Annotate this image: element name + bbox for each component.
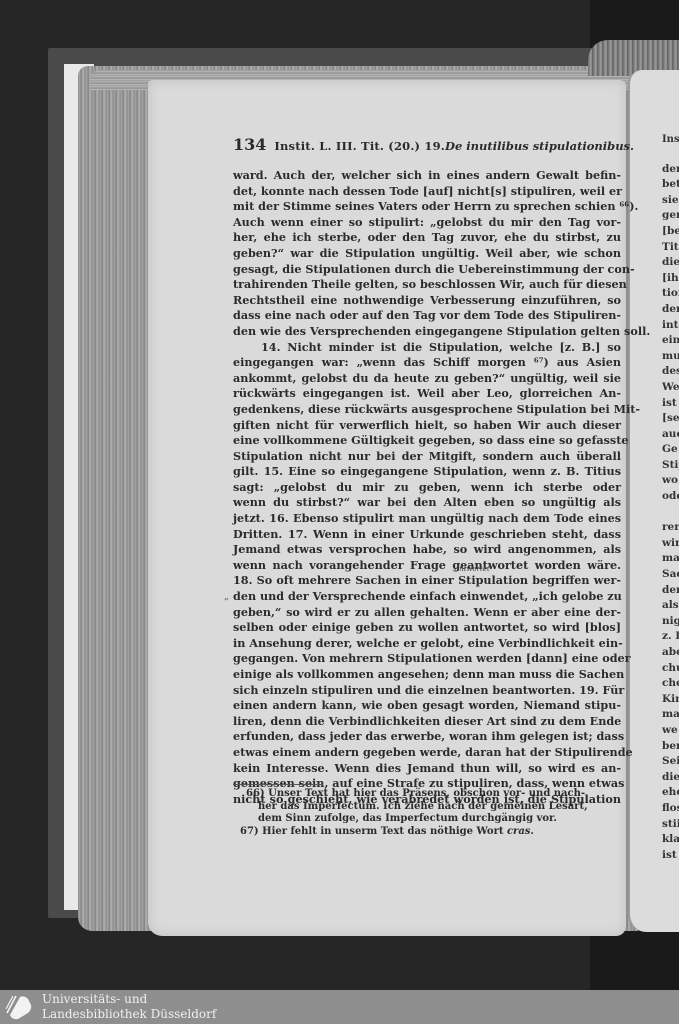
facing-text-line: die	[662, 770, 679, 786]
text-line: in Ansehung derer, welche er gelobt, ein…	[233, 636, 621, 652]
facing-text-line: auc	[662, 427, 679, 443]
text-line: gesagt, die Stipulationen durch die Uebe…	[233, 262, 621, 278]
text-line: erfunden, dass jeder das erwerbe, woran …	[233, 729, 621, 745]
facing-text-line: ode	[662, 489, 679, 505]
text-line: jetzt. 16. Ebenso stipulirt man ungültig…	[233, 511, 621, 527]
facing-text-line: die	[662, 255, 679, 271]
library-logo-icon	[4, 993, 34, 1021]
facing-text-line: [be	[662, 224, 679, 240]
facing-text-line: eine	[662, 333, 679, 349]
facing-text-line: abe	[662, 645, 679, 661]
facing-text-line	[662, 505, 679, 521]
footnote-66-line-1: 66) Unser Text hat hier das Präsens, obs…	[246, 788, 622, 801]
facing-text-line: ehe	[662, 785, 679, 801]
footnote-67-italic: cras.	[507, 826, 534, 837]
text-line: Rechtstheil eine nothwendige Verbesserun…	[233, 293, 621, 309]
facing-text-line: wir	[662, 536, 679, 552]
text-line: Jemand etwas versprochen habe, so wird a…	[233, 542, 621, 558]
facing-text-line: der	[662, 302, 679, 318]
text-line: 14. Nicht minder ist die Stipulation, we…	[233, 340, 621, 356]
facing-text-line: Stip	[662, 458, 679, 474]
library-name-line-1: Universitäts- und	[42, 992, 216, 1007]
page-number: 134	[233, 135, 266, 154]
text-line: kein Interesse. Wenn dies Jemand thun wi…	[233, 761, 621, 777]
page-header: 134 Instit. L. III. Tit. (20.) 19. De in…	[233, 135, 625, 154]
text-line: einen andern kann, wie oben gesagt worde…	[233, 698, 621, 714]
text-line: selben oder einige geben zu wollen antwo…	[233, 620, 621, 636]
facing-text-line: ber	[662, 739, 679, 755]
facing-text-line: Ge	[662, 442, 679, 458]
text-line: her, ehe ich sterbe, oder den Tag zuvor,…	[233, 230, 621, 246]
facing-text-line: chu	[662, 661, 679, 677]
facing-text-line: des	[662, 364, 679, 380]
text-line: ward. Auch der, welcher sich in eines an…	[233, 168, 621, 184]
text-line: Auch wenn einer so stipulirt: „gelobst d…	[233, 215, 621, 231]
text-line: sich einzeln stipuliren und die einzelne…	[233, 683, 621, 699]
facing-text-line: che	[662, 676, 679, 692]
text-line: trahirenden Theile gelten, so beschlosse…	[233, 277, 621, 293]
text-line: 18. So oft mehrere Sachen in einer Stipu…	[233, 573, 621, 589]
facing-text-line: [ih	[662, 271, 679, 287]
text-line: liren, denn die Verbindlichkeiten dieser…	[233, 714, 621, 730]
text-line: dass eine nach oder auf den Tag vor dem …	[233, 308, 621, 324]
facing-page-text: Ins derbetlsielgen[beTitdie[ihtionderint…	[662, 132, 679, 863]
facing-text-line: mu	[662, 349, 679, 365]
library-name-line-2: Landesbibliothek Düsseldorf	[42, 1007, 216, 1022]
facing-text-line: kla	[662, 832, 679, 848]
handwritten-correction: antwortet	[455, 565, 490, 573]
facing-text-line: Kin	[662, 692, 679, 708]
text-line: den wie des Versprechenden eingegangene …	[233, 324, 621, 340]
facing-text-line: gen	[662, 208, 679, 224]
facing-text-line: Sei	[662, 754, 679, 770]
footnote-67: 67) Hier fehlt in unserm Text das nöthig…	[240, 826, 622, 839]
text-line: den und der Versprechende einfach einwen…	[233, 589, 621, 605]
facing-text-line: Sac	[662, 567, 679, 583]
facing-text-line: ist	[662, 848, 679, 864]
text-line: sagt: „gelobst du mir zu geben, wenn ich…	[233, 480, 621, 496]
facing-text-line: wo	[662, 473, 679, 489]
facing-text-line: siel	[662, 193, 679, 209]
facing-text-line: als	[662, 598, 679, 614]
footnote-66-line-2: her das Imperfectum. Ich ziehe nach der …	[246, 801, 622, 814]
facing-text-line: der	[662, 162, 679, 178]
footnote-67-text: 67) Hier fehlt in unserm Text das nöthig…	[240, 826, 507, 837]
text-line: etwas einem andern gegeben werde, daran …	[233, 745, 621, 761]
facing-text-line: stii	[662, 817, 679, 833]
library-footer: Universitäts- und Landesbibliothek Düsse…	[0, 990, 679, 1024]
handwritten-margin-mark: „	[224, 592, 229, 602]
text-line: giften nicht für verwerflich hielt, so h…	[233, 418, 621, 434]
text-line: eingegangen war: „wenn das Schiff morgen…	[233, 355, 621, 371]
facing-text-line: flos	[662, 801, 679, 817]
facing-text-line: der	[662, 583, 679, 599]
facing-text-line: [sel	[662, 411, 679, 427]
facing-text-line: rer	[662, 520, 679, 536]
text-line: rückwärts eingegangen ist. Weil aber Leo…	[233, 386, 621, 402]
facing-text-line: ma	[662, 707, 679, 723]
text-line: einige als vollkommen angesehen; denn ma…	[233, 667, 621, 683]
facing-text-line: tion	[662, 286, 679, 302]
facing-text-line: betl	[662, 177, 679, 193]
text-line: det, konnte nach dessen Tode [auf] nicht…	[233, 184, 621, 200]
section-title: De inutilibus stipulationibus.	[445, 139, 634, 153]
facing-running-head: Ins	[662, 132, 679, 148]
text-line: wenn du stirbst?“ war bei den Alten eben…	[233, 495, 621, 511]
facing-text-line: ma	[662, 551, 679, 567]
text-line: gedenkens, diese rückwärts ausgesprochen…	[233, 402, 621, 418]
footnote-66-line-3: dem Sinn zufolge, das Imperfectum durchg…	[246, 813, 622, 826]
text-line: wenn nach vorangehender Frage geantworte…	[233, 558, 621, 574]
facing-text-line: ist ,	[662, 396, 679, 412]
running-head: Instit. L. III. Tit. (20.) 19.	[274, 139, 445, 153]
facing-text-line: We	[662, 380, 679, 396]
text-line: eine vollkommene Gültigkeit gegeben, so …	[233, 433, 621, 449]
facing-text-line: Tit	[662, 240, 679, 256]
facing-text-line: inte	[662, 318, 679, 334]
text-line: geben?“ war die Stipulation ungültig. We…	[233, 246, 621, 262]
facing-text-line: nig	[662, 614, 679, 630]
text-line: geben,“ so wird er zu allen gehalten. We…	[233, 605, 621, 621]
text-line: gegangen. Von mehrern Stipulationen werd…	[233, 651, 621, 667]
facing-text-line: we	[662, 723, 679, 739]
text-line: Stipulation nicht nur bei der Mitgift, s…	[233, 449, 621, 465]
text-line: mit der Stimme seines Vaters oder Herrn …	[233, 199, 621, 215]
body-text: ward. Auch der, welcher sich in eines an…	[233, 168, 621, 807]
text-line: gilt. 15. Eine so eingegangene Stipulati…	[233, 464, 621, 480]
text-line: Dritten. 17. Wenn in einer Urkunde gesch…	[233, 527, 621, 543]
text-line: ankommt, gelobst du da heute zu geben?“ …	[233, 371, 621, 387]
facing-text-line: z. I	[662, 629, 679, 645]
footnotes: 66) Unser Text hat hier das Präsens, obs…	[246, 788, 622, 838]
library-name: Universitäts- und Landesbibliothek Düsse…	[42, 992, 216, 1022]
footnote-rule	[233, 784, 323, 785]
